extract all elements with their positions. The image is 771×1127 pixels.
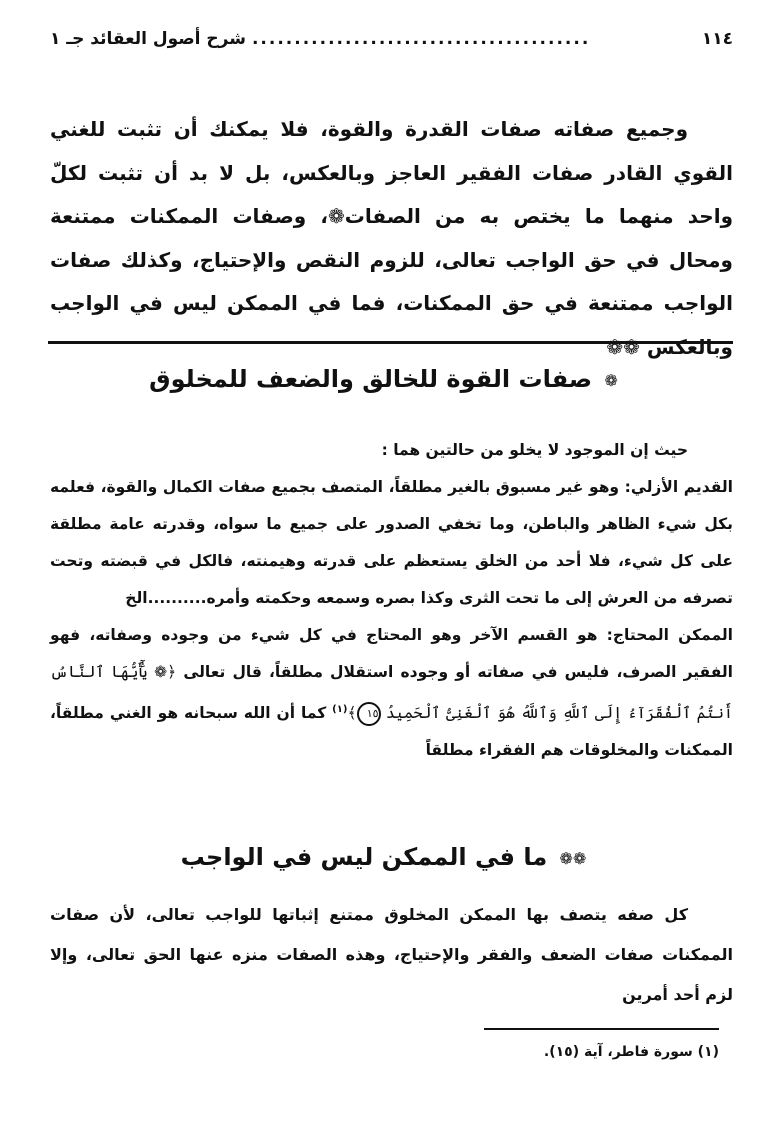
section-heading-2: ❁❁ ما في الممكن ليس في الواجب [40, 843, 731, 871]
section-2-body: كل صفه يتصف بها الممكن المخلوق ممتنع إثب… [50, 895, 733, 1015]
footnote-reference[interactable]: (١) [332, 704, 347, 715]
quran-bracket-open: ﴿ [167, 663, 176, 681]
footnote-divider [484, 1028, 719, 1030]
section-title-1: صفات القوة للخالق والضعف للمخلوق [149, 365, 592, 393]
flower-ornament-icon: ❁ [604, 371, 617, 390]
intro-paragraph-block: وجميع صفاته صفات القدرة والقوة، فلا يمكن… [50, 108, 733, 369]
section-1-body: حيث إن الموجود لا يخلو من حالتين هما : ا… [50, 432, 733, 769]
section-divider [48, 341, 733, 344]
section-title-2: ما في الممكن ليس في الواجب [181, 843, 548, 871]
section-1-paragraph-contingent: الممكن المحتاج: هو القسم الآخر وهو المحت… [50, 617, 733, 769]
quran-bracket-close: ﴾ [347, 704, 356, 722]
running-header: ١١٤ ....................................… [50, 24, 733, 54]
section-1-lead: حيث إن الموجود لا يخلو من حالتين هما : [50, 432, 733, 469]
footnote-1: (١) سورة فاطر، آية (١٥). [544, 1044, 719, 1060]
leader-dots: ........................................ [252, 29, 696, 49]
section-1-paragraph-eternal: القديم الأزلي: وهو غير مسبوق بالغير مطلق… [50, 469, 733, 617]
section-heading-1: ❁ صفات القوة للخالق والضعف للمخلوق [40, 365, 731, 393]
intro-paragraph: وجميع صفاته صفات القدرة والقوة، فلا يمكن… [50, 108, 733, 369]
verse-number-badge: ١٥ [357, 702, 381, 726]
page-number: ١١٤ [702, 29, 733, 49]
section-2-paragraph: كل صفه يتصف بها الممكن المخلوق ممتنع إثب… [50, 895, 733, 1015]
book-title: شرح أصول العقائد جـ ١ [50, 29, 246, 49]
double-flower-ornament-icon: ❁❁ [560, 849, 587, 868]
book-page: ١١٤ ....................................… [0, 0, 771, 1127]
